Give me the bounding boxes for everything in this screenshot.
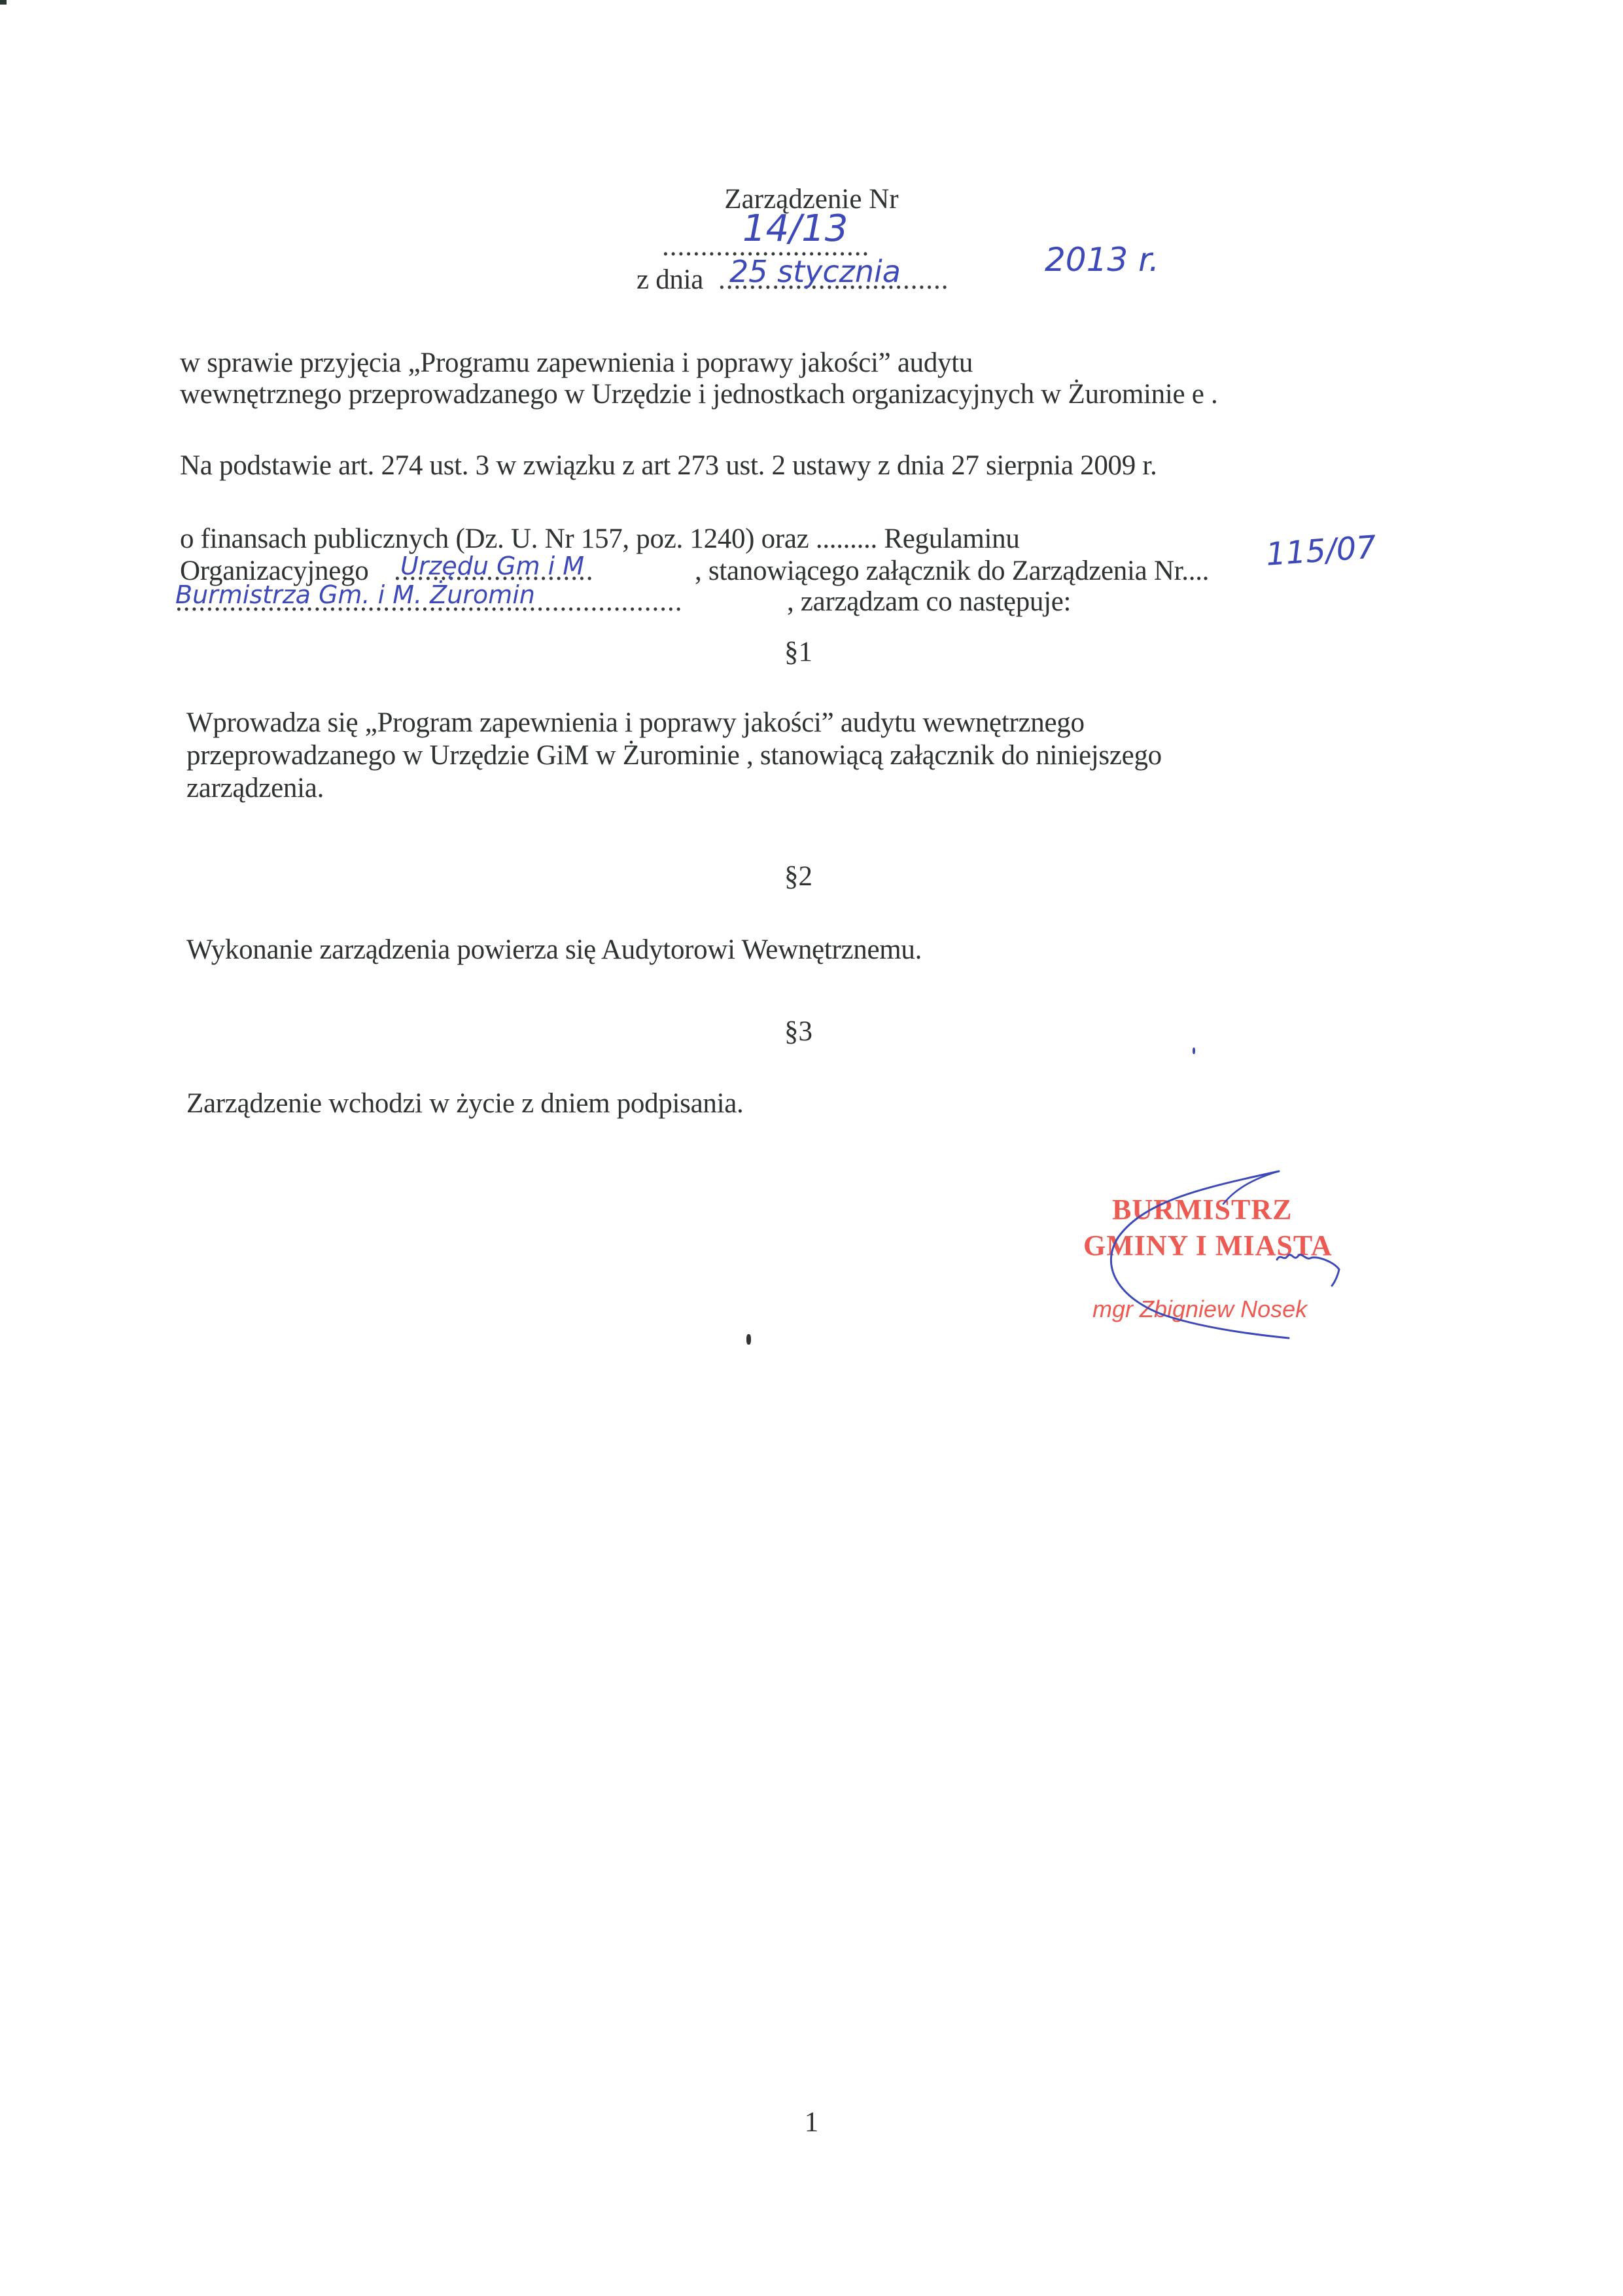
- legal-basis-line-1: Na podstawie art. 274 ust. 3 w związku z…: [180, 451, 1157, 480]
- handwritten-year: 2013 r.: [1045, 243, 1159, 276]
- section-1-line-2: przeprowadzanego w Urzędzie GiM w Żuromi…: [186, 741, 1162, 769]
- section-3-heading: §3: [0, 1017, 1610, 1046]
- legal-basis-line-3-suffix: , stanowiącego załącznik do Zarządzenia …: [695, 557, 1209, 585]
- section-1-heading: §1: [0, 638, 1610, 666]
- section-2-line-1: Wykonanie zarządzenia powierza się Audyt…: [186, 936, 922, 964]
- legal-basis-line-4-suffix: , zarządzam co następuje:: [787, 588, 1071, 616]
- handwritten-regulation-number: 115/07: [1265, 531, 1378, 571]
- handwritten-number: 14/13: [742, 211, 848, 247]
- section-1-line-1: Wprowadza się „Program zapewnienia i pop…: [186, 709, 1085, 737]
- stamp-subtitle: GMINY I MIASTA: [1083, 1231, 1333, 1260]
- stamp-signatory-name: mgr Zbigniew Nosek: [1092, 1298, 1307, 1321]
- handwritten-date: 25 stycznia: [729, 256, 901, 287]
- scan-artifact: [0, 0, 7, 5]
- legal-basis-line-2: o finansach publicznych (Dz. U. Nr 157, …: [180, 525, 1020, 553]
- subject-line-1: w sprawie przyjęcia „Programu zapewnieni…: [180, 349, 973, 377]
- subject-line-2: wewnętrznego przeprowadzanego w Urzędzie…: [180, 380, 1217, 408]
- handwritten-mayor-name: Burmistrza Gm. i M. Żuromin: [175, 582, 535, 607]
- page-number: 1: [0, 2108, 1623, 2136]
- stamp-title: BURMISTRZ: [1112, 1195, 1293, 1224]
- date-prefix: z dnia: [637, 266, 703, 294]
- official-stamp: BURMISTRZ GMINY I MIASTA mgr Zbigniew No…: [1073, 1171, 1387, 1328]
- section-2-heading: §2: [0, 862, 1610, 891]
- section-1-line-3: zarządzenia.: [186, 774, 324, 802]
- ink-speck: [1193, 1048, 1195, 1054]
- section-3-line-1: Zarządzenie wchodzi w życie z dniem podp…: [186, 1089, 744, 1118]
- handwritten-office-name: Urzędu Gm i M: [400, 554, 584, 578]
- scan-speck: [746, 1334, 751, 1345]
